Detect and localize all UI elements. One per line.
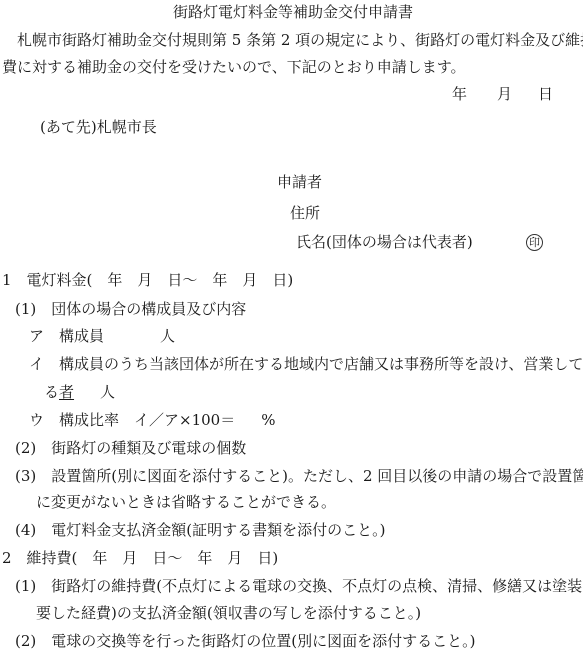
item-u-ratio: ウ 構成比率 イ／ア×100＝% — [29, 411, 275, 429]
date-line: 年月日 — [452, 85, 553, 103]
item-i-prefix: る — [44, 383, 59, 401]
section-2-item-1-line-2: 要した経費)の支払済金額(領収書の写しを添付すること。) — [36, 604, 421, 622]
section-2-item-2: (2) 電球の交換等を行った街路灯の位置(別に図面を添付すること。) — [15, 632, 475, 649]
item-i-unit: 人 — [100, 383, 115, 401]
date-month: 月 — [497, 85, 512, 103]
item-a-members: ア 構成員人 — [29, 327, 175, 345]
date-day: 日 — [538, 85, 553, 103]
document-title: 街路灯電灯料金等補助金交付申請書 — [173, 3, 413, 21]
item-u-label: ウ 構成比率 イ／ア×100＝ — [29, 411, 235, 429]
section-2-heading: 2 維持費( 年 月 日～ 年 月 日) — [2, 549, 278, 567]
item-a-label: ア 構成員 — [29, 327, 104, 345]
section-2-item-1-line-1: (1) 街路灯の維持費(不点灯による電球の交換、不点灯の点検、清掃、修繕又は塗装… — [15, 577, 583, 595]
date-year: 年 — [452, 85, 467, 103]
section-1-heading: 1 電灯料金( 年 月 日～ 年 月 日) — [2, 271, 293, 289]
item-i-line-1: イ 構成員のうち当該団体が所在する地域内で店舗又は事務所等を設け、営業してい — [29, 355, 583, 373]
item-i-underlined: 者 — [59, 383, 74, 401]
section-1-item-3-line-2: に変更がないときは省略することができる。 — [36, 493, 336, 511]
section-1-item-3-line-1: (3) 設置箇所(別に図面を添付すること)。ただし、2 回目以後の申請の場合で設… — [15, 467, 583, 485]
applicant-label: 申請者 — [277, 173, 322, 191]
section-1-item-2: (2) 街路灯の種類及び電球の個数 — [15, 439, 246, 457]
intro-paragraph-line-2: 費に対する補助金の交付を受けたいので、下記のとおり申請します。 — [2, 58, 466, 76]
section-1-item-4: (4) 電灯料金支払済金額(証明する書類を添付のこと。) — [15, 521, 385, 539]
item-a-unit: 人 — [160, 327, 175, 345]
item-u-unit: % — [261, 411, 275, 429]
name-label: 氏名(団体の場合は代表者) — [296, 233, 473, 251]
intro-paragraph-line-1: 札幌市街路灯補助金交付規則第 5 条第 2 項の規定により、街路灯の電灯料金及び… — [17, 31, 583, 49]
seal-mark-icon: 印 — [526, 234, 543, 251]
section-1-item-1: (1) 団体の場合の構成員及び内容 — [15, 300, 246, 318]
address-label: 住所 — [290, 204, 320, 222]
item-i-line-2: る者人 — [44, 383, 115, 401]
addressee: (あて先)札幌市長 — [40, 118, 157, 136]
